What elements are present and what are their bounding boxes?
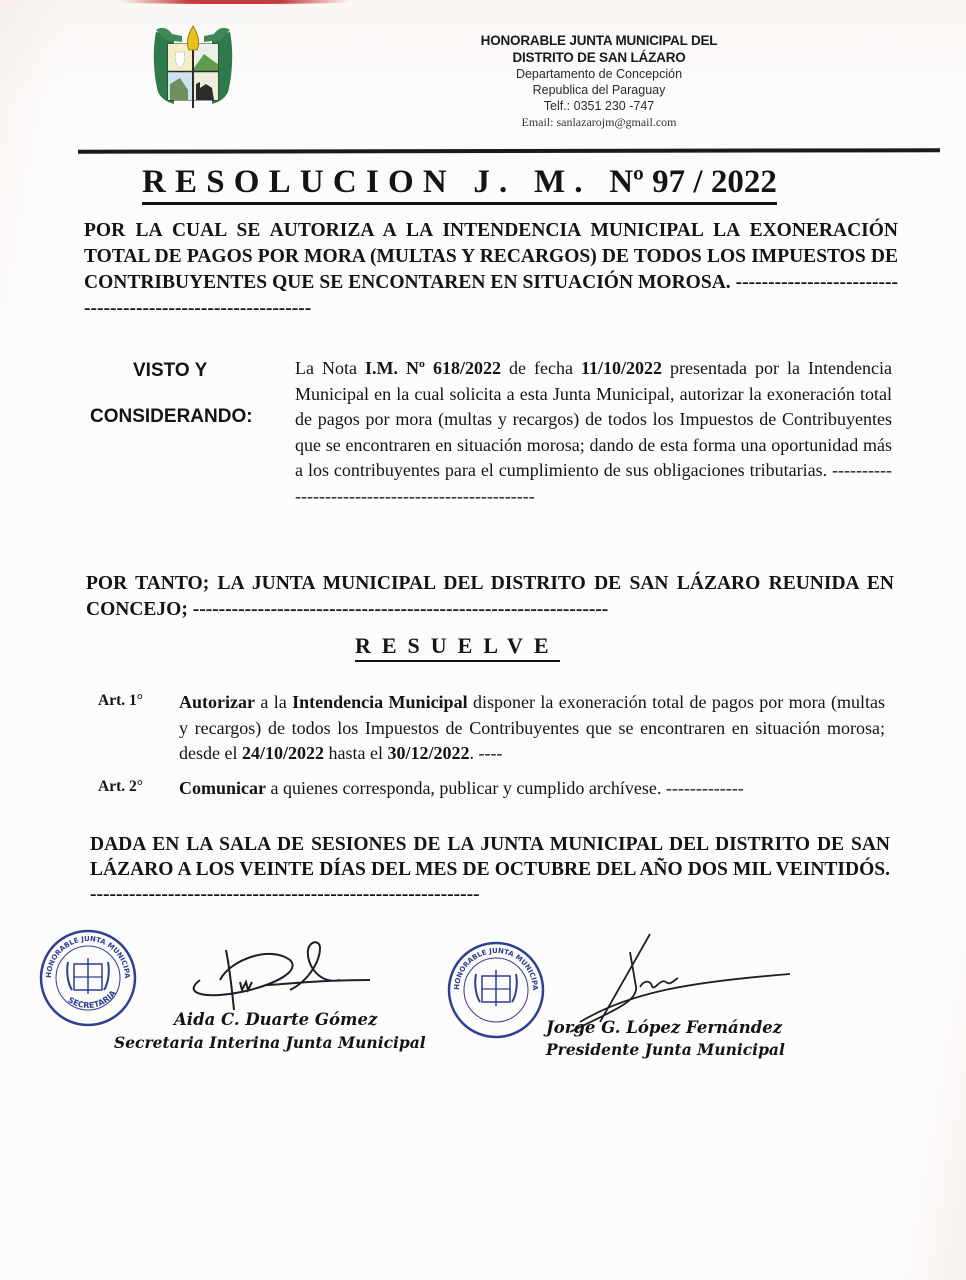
president-seal-icon: HONORABLE JUNTA MUNICIPAL DE SAN LÁZARO: [446, 940, 546, 1040]
considerando-label: CONSIDERANDO:: [90, 406, 253, 428]
red-ink-mark: [120, 0, 350, 4]
secretaria-role: Secretaria Interina Junta Municipal: [114, 1033, 426, 1052]
secretaria-seal-icon: HONORABLE JUNTA MUNICIPAL DE SAN LÁZARO …: [38, 928, 138, 1028]
date-from: 24/10/2022: [242, 743, 324, 763]
resolution-subject: POR LA CUAL SE AUTORIZA A LA INTENDENCIA…: [84, 218, 898, 322]
text: hasta el: [324, 743, 387, 763]
date-to: 30/12/2022: [387, 743, 469, 763]
svg-text:HONORABLE JUNTA MUNICIPAL DE S: HONORABLE JUNTA MUNICIPAL DE SAN LÁZARO: [38, 928, 131, 979]
article-2-text: Comunicar a quienes corresponda, publica…: [179, 776, 885, 802]
institution-name-line2: DISTRITO DE SAN LÁZARO: [440, 49, 758, 66]
department: Departamento de Concepción: [440, 66, 758, 82]
note-reference: I.M. Nº 618/2022: [365, 358, 501, 378]
article-1-text: Autorizar a la Intendencia Municipal dis…: [179, 690, 885, 767]
country: Republica del Paraguay: [440, 82, 758, 98]
text: a quienes corresponda, publicar y cumpli…: [266, 778, 744, 798]
title-body: J. M.: [473, 164, 591, 200]
letterhead: HONORABLE JUNTA MUNICIPAL DEL DISTRITO D…: [440, 32, 758, 130]
text: de fecha: [501, 358, 581, 378]
signature-secretaria-icon: [170, 940, 410, 1010]
resuelve-heading: RESUELVE: [355, 632, 560, 662]
visto-label: VISTO Y: [133, 360, 207, 382]
resolution-number: Nº 97 / 2022: [609, 164, 777, 200]
closing-statement: DADA EN LA SALA DE SESIONES DE LA JUNTA …: [90, 832, 890, 907]
text: a la: [255, 692, 292, 712]
considerando-text: La Nota I.M. Nº 618/2022 de fecha 11/10/…: [295, 356, 892, 510]
text: Intendencia Municipal: [292, 692, 467, 712]
municipal-coat-of-arms-icon: [152, 22, 234, 110]
resolution-title: RESOLUCION J. M. Nº 97 / 2022: [142, 162, 777, 205]
por-tanto: POR TANTO; LA JUNTA MUNICIPAL DEL DISTRI…: [86, 571, 894, 623]
text: La Nota: [295, 358, 365, 378]
text: . ----: [470, 743, 503, 763]
text: Comunicar: [179, 778, 266, 798]
article-1-label: Art. 1°: [98, 692, 143, 710]
title-prefix: RESOLUCION: [142, 164, 456, 200]
email: Email: sanlazarojm@gmail.com: [440, 114, 758, 130]
president-role: Presidente Junta Municipal: [546, 1040, 785, 1059]
note-date: 11/10/2022: [581, 358, 662, 378]
text: presentada por la Intendencia Municipal …: [295, 358, 892, 506]
header-divider: [78, 148, 940, 154]
phone: Telf.: 0351 230 -747: [440, 98, 758, 114]
secretaria-name: Aida C. Duarte Gómez: [174, 1010, 377, 1029]
text: Autorizar: [179, 692, 255, 712]
svg-text:SECRETARIA: SECRETARIA: [66, 988, 118, 1010]
institution-name-line1: HONORABLE JUNTA MUNICIPAL DEL: [440, 32, 758, 49]
president-name: Jorge G. López Fernández: [546, 1018, 782, 1037]
article-2-label: Art. 2°: [98, 778, 143, 796]
svg-text:HONORABLE JUNTA MUNICIPAL DE S: HONORABLE JUNTA MUNICIPAL DE SAN LÁZARO: [446, 940, 539, 991]
